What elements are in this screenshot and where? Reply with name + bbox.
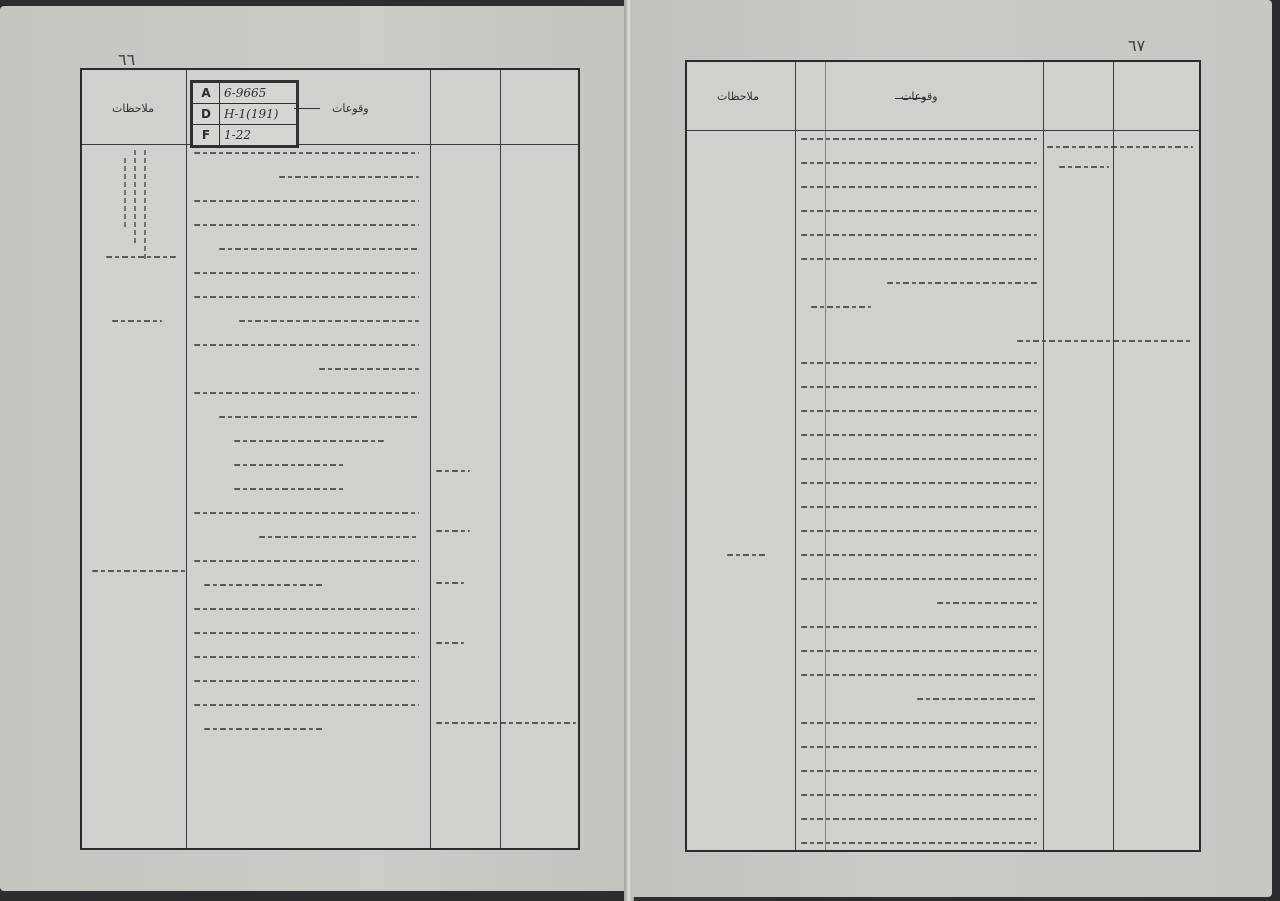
left-ledger-table: ملاحظات وقوعات A 6-9665 D H-1(191) F xyxy=(80,68,580,850)
stamp-row-a: A 6-9665 xyxy=(193,83,297,104)
side-label xyxy=(436,470,470,472)
entry-line xyxy=(937,602,1037,604)
entry-line xyxy=(801,386,1037,388)
entry-line xyxy=(801,626,1037,628)
entry-line xyxy=(801,794,1037,796)
margin-note xyxy=(727,554,767,556)
entry-line xyxy=(801,746,1037,748)
entry-line xyxy=(194,392,419,394)
row-label xyxy=(1047,146,1193,148)
ledger-spread: ٦٦ ملاحظات وقوعات A 6-9665 D H-1(191) xyxy=(0,0,1280,901)
entry-line xyxy=(234,488,344,490)
entry-line xyxy=(219,416,419,418)
column-divider xyxy=(795,62,796,850)
entry-line xyxy=(204,728,324,730)
column-divider xyxy=(500,70,501,848)
header-rule xyxy=(895,98,925,99)
entry-line xyxy=(801,674,1037,676)
side-label xyxy=(436,642,464,644)
margin-note xyxy=(112,320,162,322)
entry-line xyxy=(234,440,384,442)
entry-line xyxy=(259,536,419,538)
side-label xyxy=(436,722,576,724)
entry-line xyxy=(801,210,1037,212)
handwritten-entries xyxy=(194,152,424,752)
margin-note xyxy=(144,150,146,260)
stamp-key: D xyxy=(193,104,220,125)
stamp-pointer-line xyxy=(294,108,320,109)
entry-line xyxy=(801,506,1037,508)
stamp-value: 6-9665 xyxy=(220,83,297,104)
entry-line xyxy=(801,362,1037,364)
events-header: وقوعات xyxy=(332,102,369,115)
entry-line xyxy=(319,368,419,370)
entry-line xyxy=(801,530,1037,532)
right-page-number: ٦٧ xyxy=(1128,36,1145,55)
entry-line xyxy=(194,680,419,682)
right-ledger-table: ملاحظات وقوعات xyxy=(685,60,1201,852)
margin-note xyxy=(124,158,126,228)
entry-line xyxy=(801,554,1037,556)
entry-line xyxy=(801,138,1037,140)
entry-line xyxy=(219,248,419,250)
events-header: وقوعات xyxy=(901,90,938,103)
margin-note xyxy=(92,570,186,572)
entry-line xyxy=(194,152,419,154)
entry-line xyxy=(917,698,1037,700)
entry-line xyxy=(801,482,1037,484)
entry-line xyxy=(194,344,419,346)
notes-header: ملاحظات xyxy=(112,102,154,115)
entry-line xyxy=(194,656,419,658)
entry-line xyxy=(801,434,1037,436)
header-divider xyxy=(82,144,578,145)
margin-bracket xyxy=(106,256,176,258)
column-divider xyxy=(1043,62,1044,850)
signature xyxy=(811,306,871,308)
entry-line xyxy=(194,608,419,610)
side-label xyxy=(436,530,470,532)
entry-line xyxy=(194,560,419,562)
margin-note xyxy=(134,150,136,245)
entry-line xyxy=(801,842,1037,844)
entry-line xyxy=(801,162,1037,164)
entry-line xyxy=(239,320,419,322)
row-label xyxy=(1059,166,1109,168)
entry-line xyxy=(194,704,419,706)
stamp-key: F xyxy=(193,125,220,146)
right-page: ٦٧ ملاحظات وقوعات xyxy=(632,0,1272,897)
stamp-key: A xyxy=(193,83,220,104)
entry-line xyxy=(801,818,1037,820)
column-divider xyxy=(430,70,431,848)
column-divider xyxy=(186,70,187,848)
entry-line xyxy=(801,650,1037,652)
archive-stamp: A 6-9665 D H-1(191) F 1-22 xyxy=(190,80,299,148)
entry-line xyxy=(194,224,419,226)
entry-line xyxy=(194,296,419,298)
entry-line xyxy=(234,464,344,466)
column-divider xyxy=(1113,62,1114,850)
entry-line xyxy=(801,258,1037,260)
left-page: ٦٦ ملاحظات وقوعات A 6-9665 D H-1(191) xyxy=(0,6,626,891)
row-label xyxy=(1017,340,1193,342)
entry-line xyxy=(194,512,419,514)
entry-line xyxy=(801,770,1037,772)
stamp-value: H-1(191) xyxy=(220,104,297,125)
handwritten-entries xyxy=(801,138,1039,866)
header-divider xyxy=(687,130,1199,131)
entry-line xyxy=(801,410,1037,412)
left-page-number: ٦٦ xyxy=(118,50,135,69)
entry-line xyxy=(194,200,419,202)
stamp-row-d: D H-1(191) xyxy=(193,104,297,125)
notes-header: ملاحظات xyxy=(717,90,759,103)
entry-line xyxy=(801,578,1037,580)
entry-line xyxy=(204,584,324,586)
side-label xyxy=(436,582,464,584)
entry-line xyxy=(801,234,1037,236)
entry-line xyxy=(801,722,1037,724)
stamp-row-f: F 1-22 xyxy=(193,125,297,146)
entry-line xyxy=(801,186,1037,188)
stamp-value: 1-22 xyxy=(220,125,297,146)
entry-line xyxy=(887,282,1037,284)
entry-line xyxy=(194,632,419,634)
entry-line xyxy=(279,176,419,178)
entry-line xyxy=(194,272,419,274)
entry-line xyxy=(801,458,1037,460)
